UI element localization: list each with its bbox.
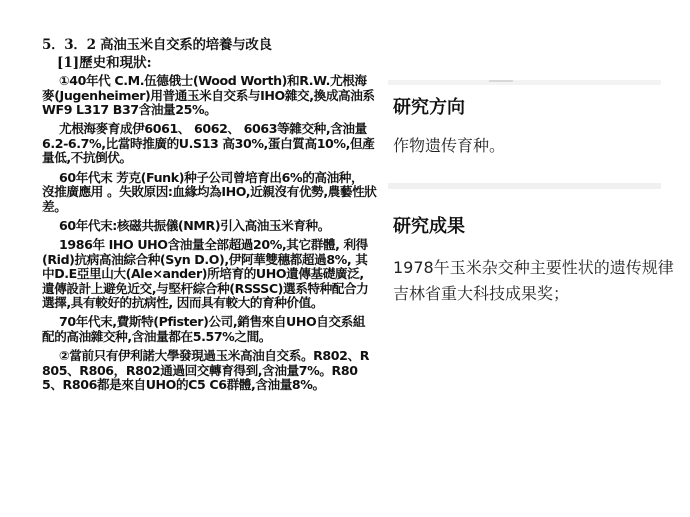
section-divider: [388, 183, 661, 189]
research-results-body: 1978午玉米杂交种主要性状的遗传规律 吉林省重大科技成果奖；: [393, 255, 678, 307]
section-heading: 5．3．2 高油玉米自交系的培養与改良: [42, 37, 377, 54]
paragraph: ①40年代 C.M.伍德俄士(Wood Worth)和R.W.尤根海麥(Juge…: [42, 74, 377, 118]
top-divider: [388, 80, 661, 85]
research-direction-title: 研究方向: [393, 93, 465, 119]
paragraph: 70年代末,費斯特(Pfister)公司,銷售來自UHO自交系組配的高油雜交种,…: [42, 315, 377, 344]
research-results-title: 研究成果: [393, 212, 465, 238]
drag-handle-indicator: [489, 80, 513, 82]
paragraph: 尤根海麥育成伊6061、 6062、 6063等雜交种,含油量6.2-6.7%,…: [42, 122, 377, 166]
research-direction-body: 作物遗传育种。: [393, 133, 505, 159]
subheading-history: [1]歷史和現狀:: [42, 55, 377, 72]
document-text-block: 5．3．2 高油玉米自交系的培養与改良 [1]歷史和現狀: ①40年代 C.M.…: [42, 37, 377, 397]
paragraph: ②當前只有伊利諾大學發現過玉米高油自交系。R802、R805、R806，R802…: [42, 349, 377, 393]
paragraph: 60年代末 芳克(Funk)种子公司曾培育出6%的高油种， 沒推廣應用 。失敗原…: [42, 171, 377, 215]
paragraph: 60年代末:核磁共振儀(NMR)引入高油玉米育种。: [42, 219, 377, 234]
paragraph: 1986年 IHO UHO含油量全部超過20%,其它群體, 利得 (Rid)抗病…: [42, 238, 377, 311]
